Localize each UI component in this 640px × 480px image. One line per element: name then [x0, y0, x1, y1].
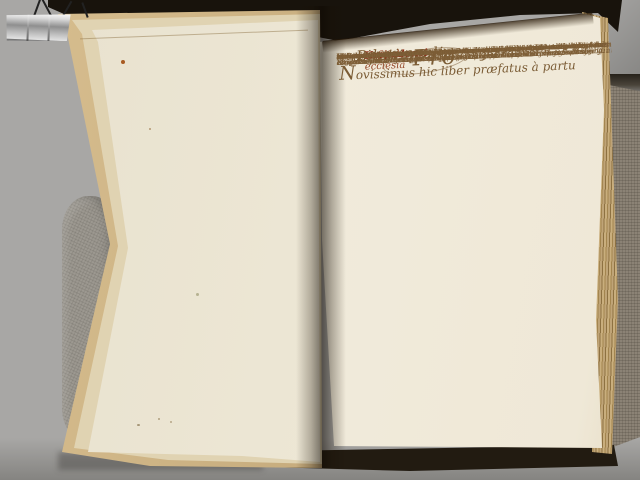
stain-dot [170, 421, 172, 423]
stain-dot [149, 128, 151, 130]
binder-clip-seam [48, 13, 51, 42]
stain-dot [137, 424, 140, 426]
manuscript-photo: Liber Baptismalis Pro Matrice Ecclesiâ B… [0, 0, 640, 480]
stain-dot [196, 293, 199, 296]
stain-dot [158, 418, 160, 420]
stain-dot [121, 60, 125, 64]
binder-clip [5, 12, 70, 44]
binder-clip-edge [5, 39, 69, 44]
binder-clip-seam [26, 13, 29, 42]
